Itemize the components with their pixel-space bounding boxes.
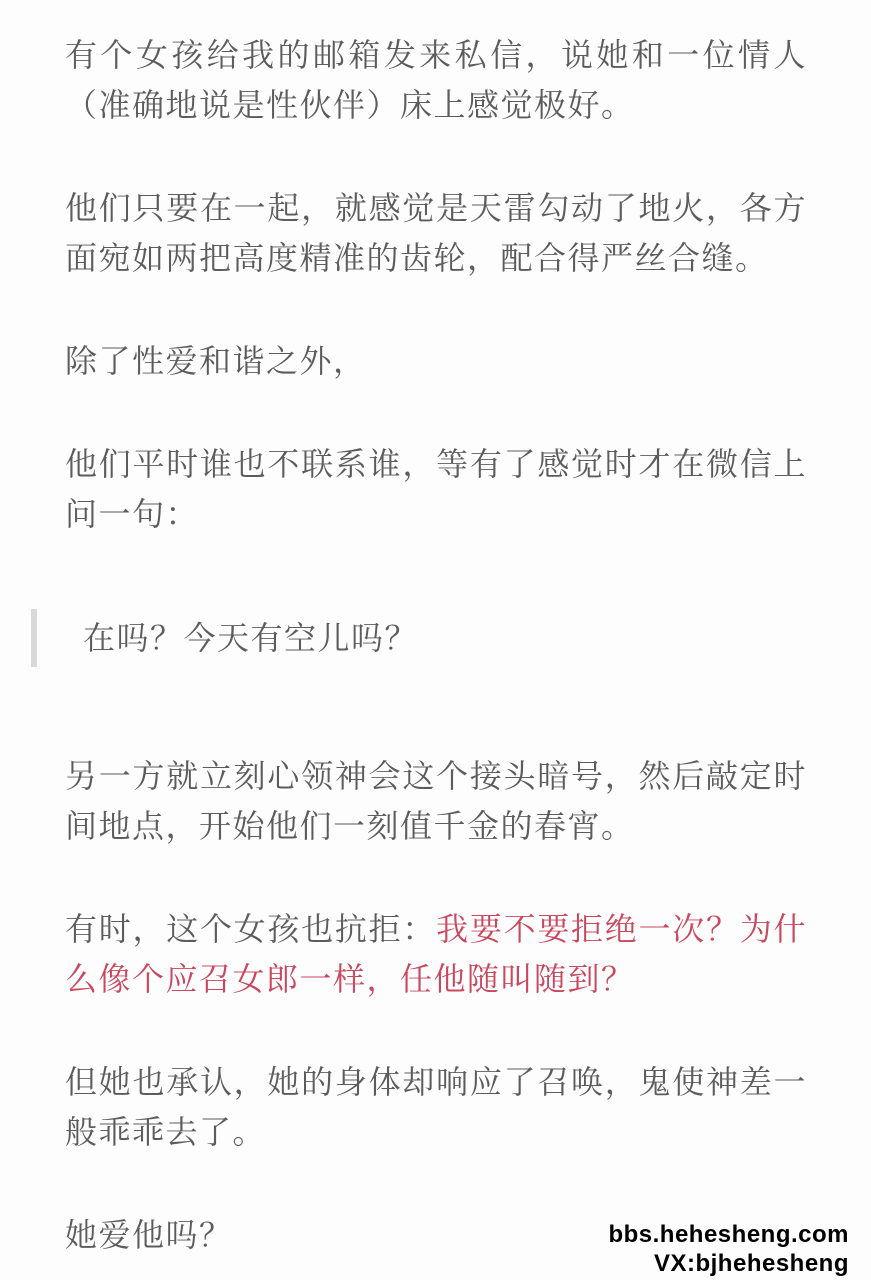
article-body: 有个女孩给我的邮箱发来私信，说她和一位情人（准确地说是性伙伴）床上感觉极好。 他… <box>0 0 871 1260</box>
paragraph-6: 有时，这个女孩也抗拒：我要不要拒绝一次？为什么像个应召女郎一样，任他随叫随到？ <box>65 904 807 1004</box>
paragraph-3: 除了性爱和谐之外， <box>65 336 807 386</box>
paragraph-5: 另一方就立刻心领神会这个接头暗号，然后敲定时间地点，开始他们一刻值千金的春宵。 <box>65 751 807 851</box>
paragraph-6-lead-text: 有时，这个女孩也抗拒： <box>65 911 436 947</box>
paragraph-2: 他们只要在一起，就感觉是天雷勾动了地火，各方面宛如两把高度精准的齿轮，配合得严丝… <box>65 183 807 283</box>
watermark-wechat-id: VX:bjhehesheng <box>608 1249 849 1278</box>
paragraph-4: 他们平时谁也不联系谁，等有了感觉时才在微信上问一句： <box>65 439 807 539</box>
paragraph-7: 但她也承认，她的身体却响应了召唤，鬼使神差一般乖乖去了。 <box>65 1057 807 1157</box>
watermark: bbs.hehesheng.com VX:bjhehesheng <box>608 1220 849 1278</box>
watermark-site-url: bbs.hehesheng.com <box>608 1220 849 1249</box>
quote-text: 在吗？今天有空儿吗？ <box>83 620 418 656</box>
paragraph-1: 有个女孩给我的邮箱发来私信，说她和一位情人（准确地说是性伙伴）床上感觉极好。 <box>65 30 807 130</box>
quote-block: 在吗？今天有空儿吗？ <box>31 609 807 667</box>
